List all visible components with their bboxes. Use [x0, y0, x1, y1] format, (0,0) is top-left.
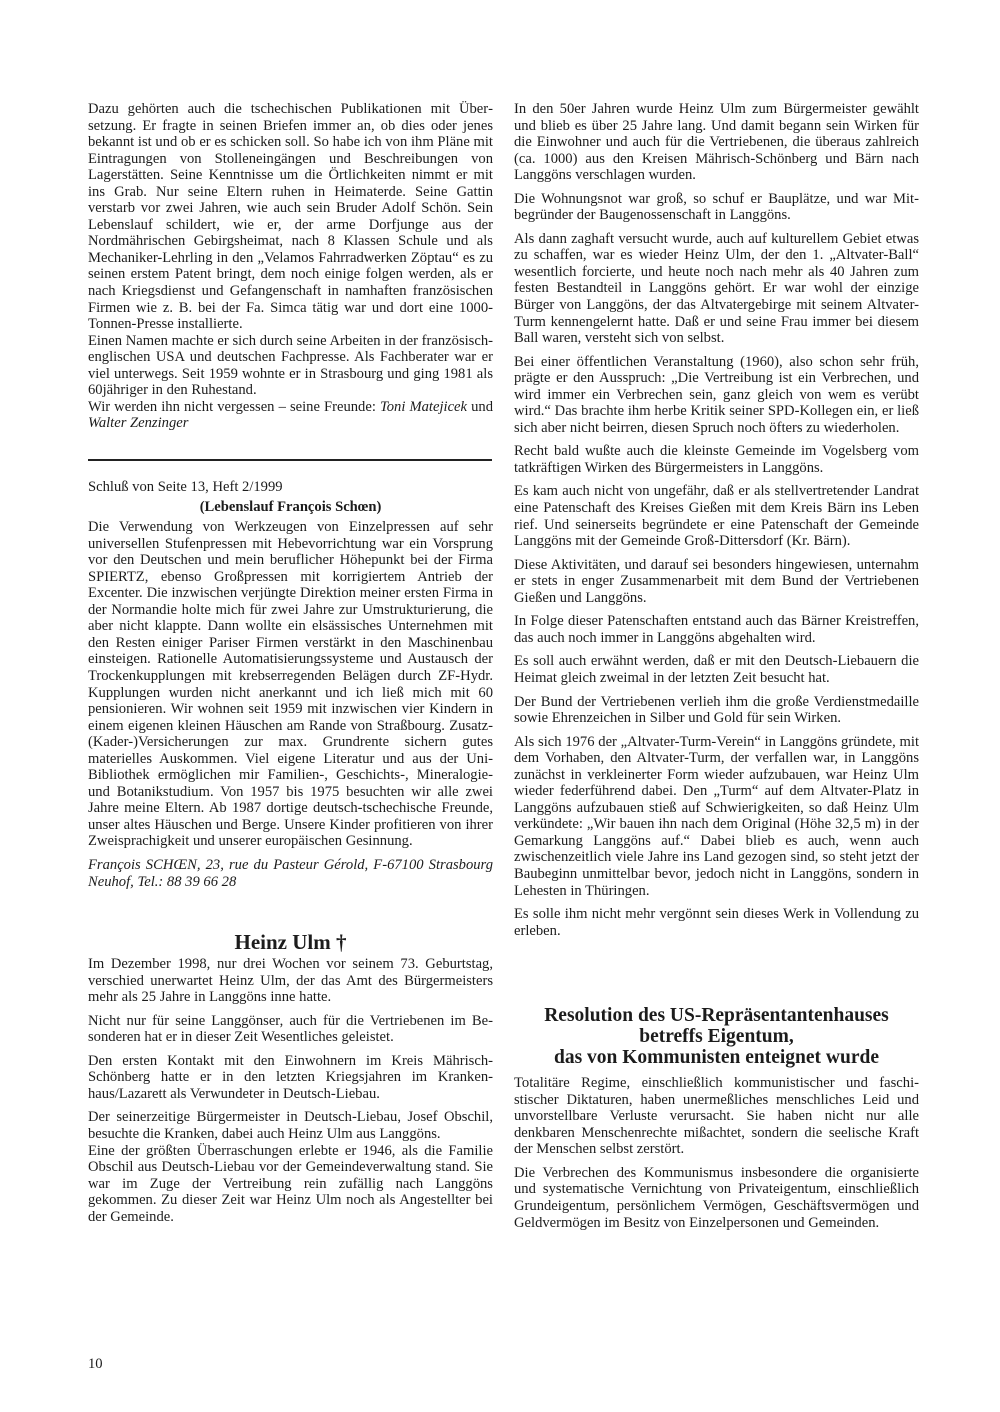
- ulm-paragraph: Recht bald wußte auch die kleinste Gemei…: [514, 443, 919, 476]
- section-divider: [88, 459, 492, 461]
- closing-text: Wir werden ihn nicht vergessen – seine F…: [88, 399, 380, 415]
- ulm-paragraph: Es kam auch nicht von ungefähr, daß er a…: [514, 483, 919, 549]
- ulm-paragraph: Im Dezember 1998, nur drei Wochen vor se…: [88, 956, 493, 1006]
- resolution-title: Resolution des US-Repräsentantenhauses b…: [514, 1005, 919, 1068]
- continuation-subhead: (Lebenslauf François Schœn): [88, 499, 493, 516]
- ulm-paragraph: Es soll auch erwähnt werden, daß er mit …: [514, 653, 919, 686]
- ulm-paragraph: Den ersten Kontakt mit den Einwohnern im…: [88, 1053, 493, 1103]
- ulm-paragraph: Der seinerzeitige Bürgermeister in Deuts…: [88, 1109, 493, 1142]
- intro-paragraph: Dazu gehörten auch die tschechischen Pub…: [88, 101, 493, 333]
- ulm-paragraph: In den 50er Jahren wurde Heinz Ulm zum B…: [514, 101, 919, 184]
- ulm-paragraph: Der Bund der Vertriebenen verlieh ihm di…: [514, 694, 919, 727]
- resolution-title-line: Resolution des US-Repräsentantenhauses: [514, 1005, 919, 1026]
- ulm-paragraph: Es solle ihm nicht mehr vergönnt sein di…: [514, 906, 919, 939]
- resolution-title-line: das von Kommunisten enteignet wurde: [514, 1047, 919, 1068]
- and-word: und: [467, 399, 493, 415]
- friend-name-2: Walter Zenzinger: [88, 415, 188, 431]
- ulm-paragraph: In Folge dieser Patenschaften entstand a…: [514, 613, 919, 646]
- schoen-paragraph: Die Verwendung von Werkzeugen von Einzel…: [88, 519, 493, 850]
- spacer: [514, 939, 919, 1005]
- friend-name-1: Toni Matejicek: [380, 399, 467, 415]
- left-column: Dazu gehörten auch die tschechischen Pub…: [88, 101, 493, 1225]
- continuation-note: Schluß von Seite 13, Heft 2/1999: [88, 479, 493, 496]
- ulm-paragraph: Als dann zaghaft versucht wurde, auch au…: [514, 231, 919, 347]
- second-paragraph: Einen Namen machte er sich durch seine A…: [88, 333, 493, 399]
- resolution-paragraph: Totalitäre Regime, einschließlich kommun…: [514, 1075, 919, 1158]
- ulm-paragraph: Bei einer öffentlichen Veranstaltung (19…: [514, 354, 919, 437]
- right-column: In den 50er Jahren wurde Heinz Ulm zum B…: [514, 101, 919, 1231]
- ulm-article-title: Heinz Ulm †: [88, 930, 493, 954]
- resolution-paragraph: Die Verbrechen des Kommunismus insbesond…: [514, 1165, 919, 1231]
- ulm-paragraph: Eine der größten Überraschungen erlebte …: [88, 1143, 493, 1226]
- page-number: 10: [88, 1356, 103, 1373]
- ulm-paragraph: Nicht nur für seine Langgönser, auch für…: [88, 1013, 493, 1046]
- ulm-paragraph: Als sich 1976 der „Altvater-Turm-Verein“…: [514, 734, 919, 899]
- resolution-title-line: betreffs Eigentum,: [514, 1026, 919, 1047]
- schoen-address: François SCHŒN, 23, rue du Pasteur Gérol…: [88, 857, 493, 890]
- friends-closing: Wir werden ihn nicht vergessen – seine F…: [88, 399, 493, 432]
- ulm-paragraph: Diese Aktivitäten, und darauf sei besond…: [514, 557, 919, 607]
- ulm-paragraph: Die Wohnungsnot war groß, so schuf er Ba…: [514, 191, 919, 224]
